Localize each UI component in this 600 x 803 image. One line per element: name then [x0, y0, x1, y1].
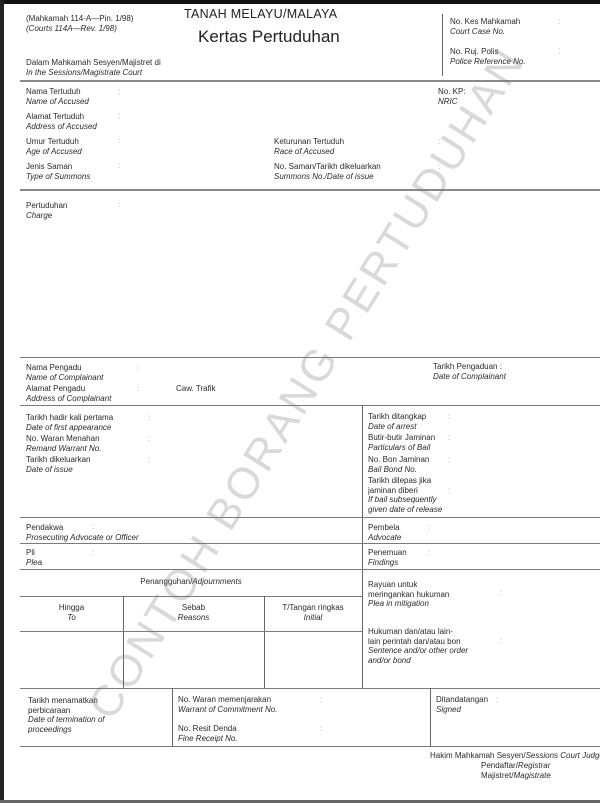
remand-warrant-label: No. Waran Menahan Remand Warrant No.: [26, 434, 101, 453]
release-date-en-1: If bail subsequently: [368, 495, 442, 505]
signatory-judge-en: Sessions Court Judge: [526, 751, 600, 760]
accused-name-field[interactable]: [128, 85, 418, 105]
court-label-ms: Dalam Mahkamah Sesyen/Majistret di: [26, 58, 161, 68]
summons-no-ms: No. Saman/Tarikh dikeluarkan: [274, 162, 381, 172]
release-date-ms-1: Tarikh dilepas jika: [368, 476, 442, 486]
colon: :: [148, 455, 150, 464]
findings-ms: Penemuan: [368, 548, 407, 558]
signed-label: Ditandatangan Signed: [436, 695, 488, 714]
accused-age-label: Umur Tertuduh Age of Accused: [26, 137, 82, 156]
signatory-registrar-ms: Pendaftar/: [481, 761, 518, 770]
findings-en: Findings: [368, 558, 407, 568]
summons-type-field[interactable]: [128, 159, 268, 179]
accused-address-ms: Alamat Tertuduh: [26, 112, 97, 122]
divider: [20, 517, 600, 518]
accused-address-en: Address of Accused: [26, 122, 97, 132]
remand-warrant-en: Remand Warrant No.: [26, 444, 101, 454]
summons-type-ms: Jenis Saman: [26, 162, 90, 172]
plea-ms: Pli: [26, 548, 42, 558]
adjournment-col-to: Hingga To: [20, 603, 123, 622]
divider: [20, 543, 600, 544]
prosecutor-label: Pendakwa Prosecuting Advocate or Officer: [26, 523, 139, 542]
colon: :: [496, 695, 498, 704]
plea-en: Plea: [26, 558, 42, 568]
remand-warrant-ms: No. Waran Menahan: [26, 434, 101, 444]
document-title: Kertas Pertuduhan: [198, 27, 340, 47]
fine-receipt-field[interactable]: [328, 721, 426, 741]
summons-no-en: Summons No./Date of issue: [274, 172, 381, 182]
summons-type-en: Type of Summons: [26, 172, 90, 182]
commitment-warrant-en: Warrant of Commitment No.: [178, 705, 277, 715]
bail-particulars-field[interactable]: [456, 430, 594, 450]
colon: :: [148, 434, 150, 443]
commitment-warrant-field[interactable]: [328, 692, 426, 712]
accused-name-en: Name of Accused: [26, 97, 89, 107]
court-case-no-en: Court Case No.: [450, 27, 520, 37]
bail-bond-label: No. Bon Jaminan Bail Bond No.: [368, 455, 429, 474]
issue-date-label: Tarikh dikeluarkan Date of issue: [26, 455, 90, 474]
advocate-label: Pembela Advocate: [368, 523, 401, 542]
bail-bond-ms: No. Bon Jaminan: [368, 455, 429, 465]
complaint-date-label: Tarikh Pengaduan : Date of Complainant: [433, 362, 506, 381]
sentence-ms-1: Hukuman dan/atau lain-: [368, 627, 468, 637]
accused-name-ms: Nama Tertuduh: [26, 87, 89, 97]
fine-receipt-label: No. Resit Denda Fine Receipt No.: [178, 724, 238, 743]
bail-particulars-ms: Butir-butir Jaminan: [368, 433, 435, 443]
mitigation-ms-1: Rayuan untuk: [368, 580, 449, 590]
colon: :: [500, 636, 502, 645]
advocate-field[interactable]: [436, 520, 594, 540]
col-initial-en: Initial: [264, 613, 362, 623]
advocate-ms: Pembela: [368, 523, 401, 533]
colon: :: [448, 412, 450, 421]
colon: :: [148, 413, 150, 422]
adjournment-col-initial: T/Tangan ringkas Initial: [264, 603, 362, 622]
colon: :: [118, 87, 120, 96]
colon: :: [118, 200, 120, 209]
country-title: TANAH MELAYU/MALAYA: [184, 7, 337, 21]
arrest-date-ms: Tarikh ditangkap: [368, 412, 426, 422]
advocate-en: Advocate: [368, 533, 401, 543]
page-border-left: [0, 0, 4, 803]
colon: :: [448, 486, 450, 495]
colon: :: [137, 363, 139, 372]
complainant-address-en: Address of Complainant: [26, 394, 111, 404]
complaint-date-en: Date of Complainant: [433, 372, 506, 382]
divider: [20, 746, 600, 747]
first-appearance-label: Tarikh hadir kali pertama Date of first …: [26, 413, 113, 432]
first-appearance-en: Date of first appearance: [26, 423, 113, 433]
prosecutor-en: Prosecuting Advocate or Officer: [26, 533, 139, 543]
race-en: Race of Accused: [274, 147, 344, 157]
form-code: (Mahkamah 114-A—Pin. 1/98) (Courts 114A—…: [26, 14, 133, 33]
colon: :: [320, 724, 322, 733]
release-date-field[interactable]: [456, 476, 594, 512]
page-border-top: [0, 0, 600, 4]
police-ref-field[interactable]: [565, 44, 595, 64]
release-date-ms-2: jaminan diberi: [368, 486, 442, 496]
court-case-no-ms: No. Kes Mahkamah: [450, 17, 520, 27]
charge-en: Charge: [26, 211, 67, 221]
col-to-ms: Hingga: [20, 603, 123, 613]
arrest-date-label: Tarikh ditangkap Date of arrest: [368, 412, 426, 431]
findings-field[interactable]: [436, 546, 594, 566]
header-divider: [442, 14, 443, 76]
mitigation-ms-2: meringankan hukuman: [368, 590, 449, 600]
mitigation-label: Rayuan untuk meringankan hukuman Plea in…: [368, 580, 449, 609]
release-date-label: Tarikh dilepas jika jaminan diberi If ba…: [368, 476, 442, 514]
issue-date-ms: Tarikh dikeluarkan: [26, 455, 90, 465]
fine-receipt-ms: No. Resit Denda: [178, 724, 238, 734]
colon: :: [118, 111, 120, 120]
divider: [20, 631, 362, 632]
colon: :: [558, 17, 560, 26]
signatory-line-2: Pendaftar/Registrar: [481, 761, 550, 771]
fine-receipt-en: Fine Receipt No.: [178, 734, 238, 744]
colon: :: [500, 588, 502, 597]
accused-age-en: Age of Accused: [26, 147, 82, 157]
accused-name-label: Nama Tertuduh Name of Accused: [26, 87, 89, 106]
arrest-date-field[interactable]: [456, 409, 594, 429]
signatory-line-1: Hakim Mahkamah Sesyen/Sessions Court Jud…: [430, 751, 600, 761]
complaint-date-ms: Tarikh Pengaduan :: [433, 362, 506, 372]
col-to-en: To: [20, 613, 123, 623]
mitigation-en: Plea in mitigation: [368, 599, 449, 609]
form-code-ms: (Mahkamah 114-A—Pin. 1/98): [26, 14, 133, 24]
complainant-address-ms: Alamat Pengadu: [26, 384, 111, 394]
complainant-name-ms: Nama Pengadu: [26, 363, 103, 373]
termination-en-1: Date of termination of: [28, 715, 104, 725]
release-date-en-2: given date of release: [368, 505, 442, 515]
bail-particulars-label: Butir-butir Jaminan Particulars of Bail: [368, 433, 435, 452]
mitigation-field[interactable]: [508, 578, 594, 614]
colon: :: [118, 161, 120, 170]
colon: :: [118, 136, 120, 145]
colon: :: [558, 46, 560, 55]
divider: [20, 189, 600, 191]
column-divider: [362, 405, 363, 688]
issue-date-en: Date of issue: [26, 465, 90, 475]
court-case-no-label: No. Kes Mahkamah Court Case No.: [450, 17, 520, 36]
complainant-name-en: Name of Complainant: [26, 373, 103, 383]
race-ms: Keturunan Tertuduh: [274, 137, 344, 147]
complainant-name-label: Nama Pengadu Name of Complainant: [26, 363, 103, 382]
colon: :: [320, 695, 322, 704]
signatory-magistrate-ms: Majistret/: [481, 771, 513, 780]
signatory-judge-ms: Hakim Mahkamah Sesyen/: [430, 751, 526, 760]
court-label: Dalam Mahkamah Sesyen/Majistret di In th…: [26, 58, 161, 77]
sentence-ms-2: lain perintah dan/atau bon: [368, 637, 468, 647]
summons-type-label: Jenis Saman Type of Summons: [26, 162, 90, 181]
column-divider: [430, 688, 431, 746]
accused-address-label: Alamat Tertuduh Address of Accused: [26, 112, 97, 131]
col-initial-ms: T/Tangan ringkas: [264, 603, 362, 613]
findings-label: Penemuan Findings: [368, 548, 407, 567]
bail-bond-en: Bail Bond No.: [368, 465, 429, 475]
complaint-date-field[interactable]: [520, 360, 595, 380]
divider: [20, 569, 600, 570]
bail-bond-field[interactable]: [456, 452, 594, 472]
commitment-warrant-label: No. Waran memenjarakan Warrant of Commit…: [178, 695, 277, 714]
court-label-en: In the Sessions/Magistrate Court: [26, 68, 161, 78]
race-label: Keturunan Tertuduh Race of Accused: [274, 137, 344, 156]
sentence-label: Hukuman dan/atau lain- lain perintah dan…: [368, 627, 468, 665]
plea-label: Pli Plea: [26, 548, 42, 567]
sentence-en-2: and/or bond: [368, 656, 468, 666]
charge-ms: Pertuduhan: [26, 201, 67, 211]
colon: :: [92, 522, 94, 531]
summons-no-label: No. Saman/Tarikh dikeluarkan Summons No.…: [274, 162, 381, 181]
accused-age-field[interactable]: [128, 134, 268, 154]
signatory-magistrate-en: Magistrate: [513, 771, 550, 780]
sentence-en-1: Sentence and/or other order: [368, 646, 468, 656]
accused-age-ms: Umur Tertuduh: [26, 137, 82, 147]
arrest-date-en: Date of arrest: [368, 422, 426, 432]
colon: :: [92, 548, 94, 557]
first-appearance-ms: Tarikh hadir kali pertama: [26, 413, 113, 423]
accused-address-field[interactable]: [128, 109, 588, 129]
signed-ms: Ditandatangan: [436, 695, 488, 705]
form-code-en: (Courts 114A—Rev. 1/98): [26, 24, 133, 34]
colon: :: [428, 548, 430, 557]
termination-en-2: proceedings: [28, 725, 104, 735]
bail-particulars-en: Particulars of Bail: [368, 443, 435, 453]
complainant-address-label: Alamat Pengadu Address of Complainant: [26, 384, 111, 403]
colon: :: [448, 455, 450, 464]
court-case-no-field[interactable]: [565, 14, 595, 34]
signed-en: Signed: [436, 705, 488, 715]
colon: :: [428, 523, 430, 532]
colon: :: [448, 433, 450, 442]
sentence-field[interactable]: [508, 625, 594, 680]
signatory-registrar-en: Registrar: [518, 761, 550, 770]
commitment-warrant-ms: No. Waran memenjarakan: [178, 695, 277, 705]
colon: :: [137, 384, 139, 393]
signature-field[interactable]: [504, 692, 594, 742]
column-divider: [172, 688, 173, 746]
signatory-line-3: Majistret/Magistrate: [481, 771, 551, 781]
charge-label: Pertuduhan Charge: [26, 201, 67, 220]
prosecutor-ms: Pendakwa: [26, 523, 139, 533]
adjournment-initial-cell[interactable]: [266, 633, 361, 687]
